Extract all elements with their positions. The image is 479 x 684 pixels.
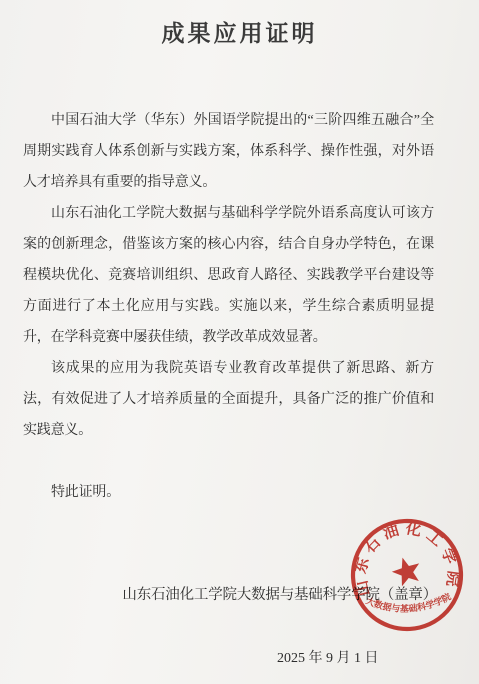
- paragraph-1: 中国石油大学（华东）外国语学院提出的“三阶四维五融合”全周期实践育人体系创新与实…: [23, 105, 434, 198]
- document-body: 中国石油大学（华东）外国语学院提出的“三阶四维五融合”全周期实践育人体系创新与实…: [23, 105, 434, 508]
- seal-banner-text: 大数据与基础科学学院: [364, 590, 454, 616]
- paragraph-3: 该成果的应用为我院英语专业教育改革提供了新思路、新方法，有效促进了人才培养质量的…: [23, 353, 434, 446]
- seal-ring-text: 山东石油化工学院: [348, 515, 465, 598]
- certificate-document: 成果应用证明 中国石油大学（华东）外国语学院提出的“三阶四维五融合”全周期实践育…: [0, 0, 479, 684]
- seal-ring-textpath: 山东石油化工学院: [348, 515, 465, 598]
- star-icon: [389, 553, 424, 587]
- paragraph-2: 山东石油化工学院大数据与基础科学学院外语系高度认可该方案的创新理念，借鉴该方案的…: [23, 198, 434, 353]
- date-line: 2025 年 9 月 1 日: [277, 647, 379, 667]
- document-title: 成果应用证明: [0, 15, 479, 48]
- official-seal-stamp: 山东石油化工学院 大数据与基础科学学院: [346, 514, 468, 636]
- seal-banner-textpath: 大数据与基础科学学院: [364, 590, 454, 616]
- closing-statement: 特此证明。: [23, 477, 434, 508]
